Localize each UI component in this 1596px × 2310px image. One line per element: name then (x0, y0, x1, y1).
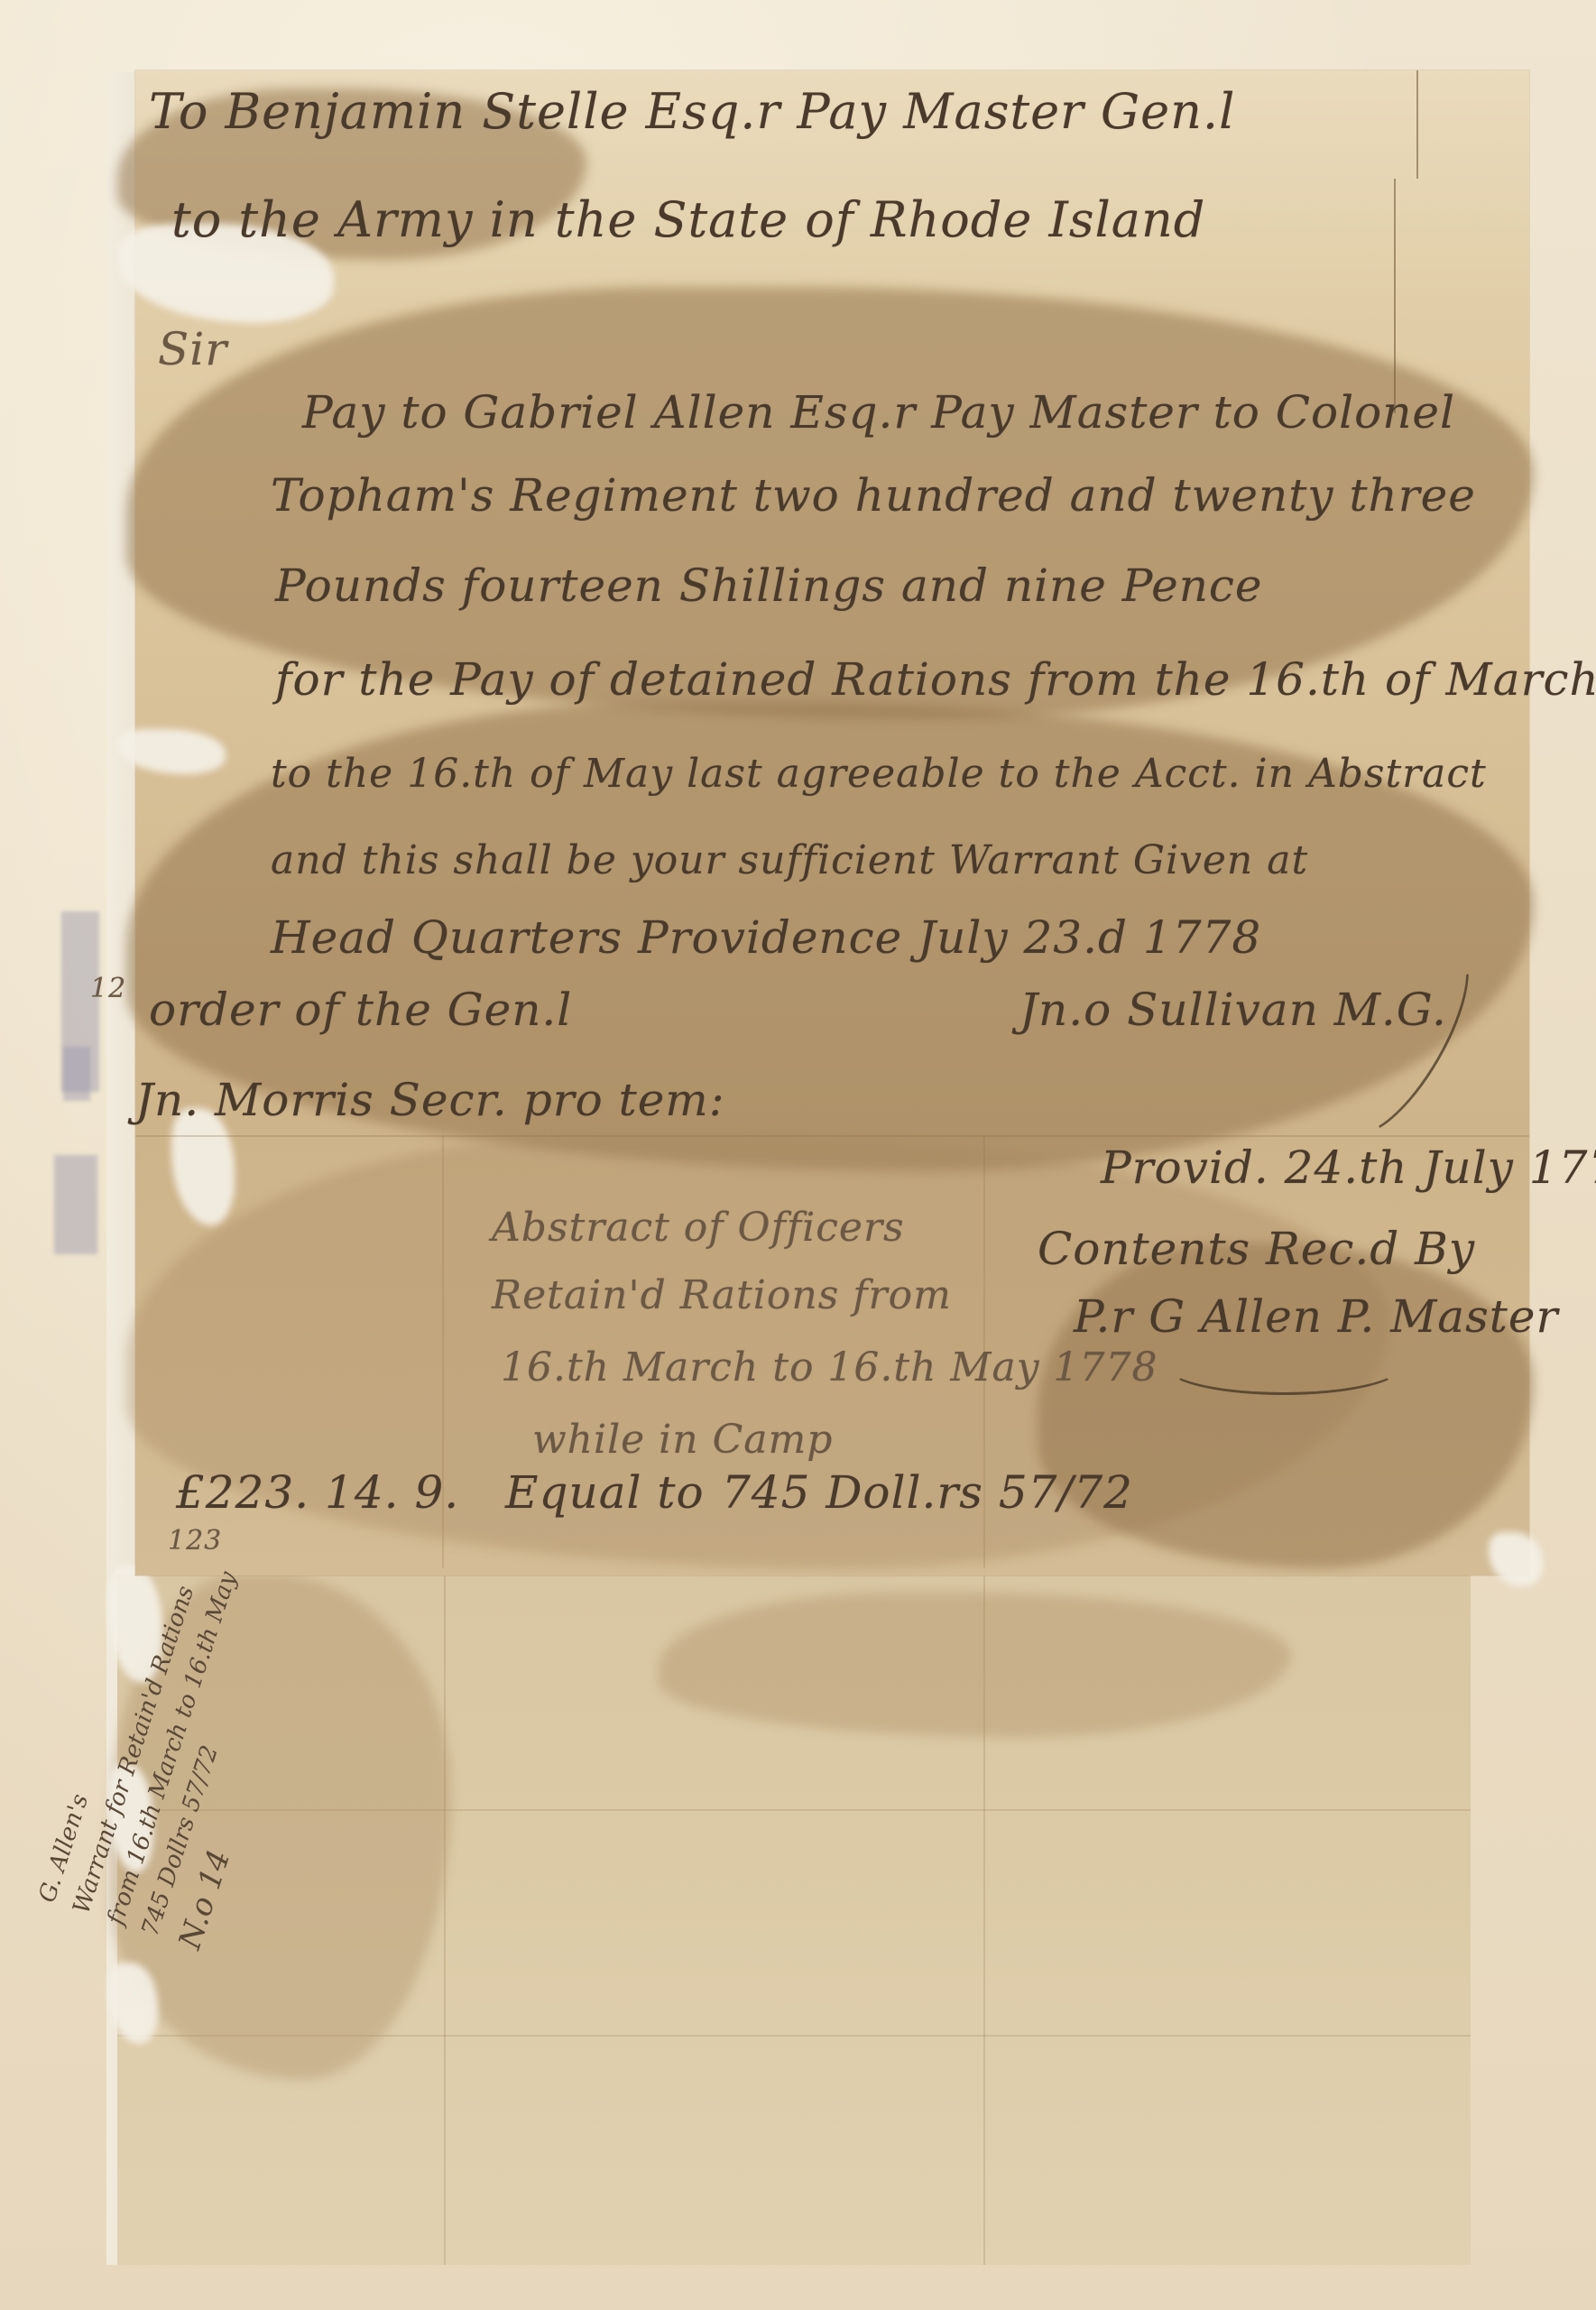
total-dollars: 745 Doll.rs 57/72 (722, 1466, 1133, 1519)
abstract-line-1: Abstract of Officers (492, 1205, 905, 1251)
fold-line (135, 1135, 1529, 1137)
receipt-line-3: P.r G Allen P. Master (1074, 1290, 1558, 1343)
fold-line (444, 1575, 446, 2265)
salutation: Sir (158, 323, 227, 375)
order-line: order of the Gen.l (149, 984, 572, 1036)
body-line-7-date: Head Quarters Providence July 23.d 1778 (271, 911, 1261, 964)
secretary-line: Jn. Morris Secr. pro tem: (135, 1074, 725, 1126)
body-line-1: Pay to Gabriel Allen Esq.r Pay Master to… (302, 386, 1455, 439)
abstract-line-3: 16.th March to 16.th May 1778 (501, 1344, 1158, 1391)
address-line-2: to the Army in the State of Rhode Island (171, 191, 1205, 248)
body-line-2: Topham's Regiment two hundred and twenty… (271, 469, 1476, 522)
paper-crack (1394, 179, 1396, 413)
backing-stain (63, 1047, 90, 1101)
abstract-line-4: while in Camp (532, 1417, 833, 1463)
lower-sheet (117, 1575, 1471, 2265)
body-line-6: and this shall be your sufficient Warran… (271, 837, 1308, 883)
receipt-line-2: Contents Rec.d By (1038, 1223, 1475, 1275)
total-equal-label: Equal to (505, 1466, 705, 1519)
address-line-1: To Benjamin Stelle Esq.r Pay Master Gen.… (149, 83, 1235, 140)
body-line-5: to the 16.th of May last agreeable to th… (271, 751, 1487, 797)
body-line-4: for the Pay of detained Rations from the… (275, 653, 1596, 706)
water-stain (659, 1593, 1290, 1737)
body-line-3: Pounds fourteen Shillings and nine Pence (275, 559, 1263, 612)
paper-crack (1416, 70, 1418, 179)
abstract-line-2: Retain'd Rations from (492, 1272, 952, 1318)
receipt-line-1: Provid. 24.th July 1778 (1101, 1141, 1596, 1194)
margin-mark: 12 (90, 973, 126, 1004)
corner-mark: 123 (168, 1525, 222, 1557)
backing-stain (54, 1155, 97, 1254)
receipt-flourish (1164, 1335, 1404, 1395)
total-sterling: £223. 14. 9. (176, 1466, 459, 1519)
